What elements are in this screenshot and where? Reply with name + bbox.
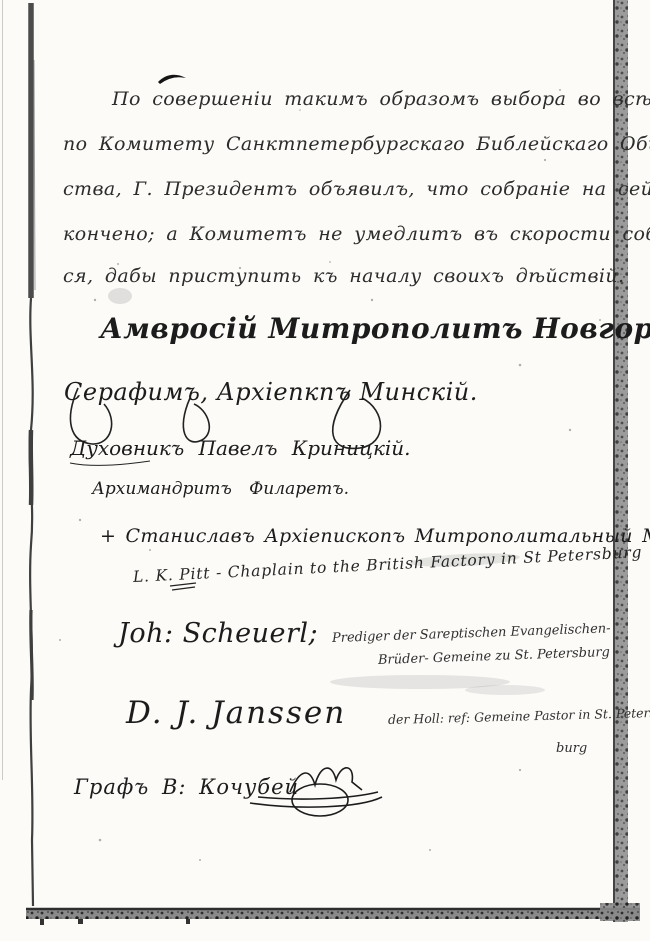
body-text-line-3: ства, Г. Президентъ объявилъ, что собран… [63, 180, 650, 199]
signature-kochubey-count: Графъ В: Кочубей [74, 777, 299, 798]
signature-pavel-krinitsky: Духовникъ Павелъ Криницкій. [70, 438, 411, 458]
body-text-line-5: ся, дабы приступить къ началу своихъ дѣй… [63, 267, 624, 286]
scan-specks [59, 89, 601, 861]
body-text-line-2: по Комитету Санктпетербургскаго Библейск… [63, 135, 650, 154]
scanned-document-page: По совершеніи такимъ образомъ выбора во … [0, 0, 650, 941]
signature-scheuerl-title-line1: Prediger der Sareptischen Evangelischen- [332, 622, 611, 645]
pavel-underline [70, 461, 150, 465]
signature-seraphim-archbishop: Серафимъ, Архіепкпъ Минскій. [64, 380, 478, 404]
body-text-line-1: По совершеніи такимъ образомъ выбора во … [112, 90, 650, 109]
signature-janssen-title-line2: burg [556, 742, 587, 755]
pitt-underline [170, 583, 196, 590]
signature-scheuerl-name: Joh: Scheuerl; [118, 620, 318, 647]
signature-stanislav-archbishop: + Станиславъ Архіепископъ Митрополитальн… [100, 527, 650, 546]
signature-filaret-archimandrite: Архимандритъ Филаретъ. [92, 481, 349, 498]
page-edge-bottom [26, 909, 640, 919]
signature-pitt-chaplain: L. K. Pitt - Chaplain to the British Fac… [133, 545, 643, 585]
signature-scheuerl-title-line2: Brüder- Gemeine zu St. Petersburg [378, 646, 610, 667]
scanner-edge-left [2, 0, 3, 780]
gutter-line-lower [30, 298, 33, 906]
signature-ambrose-metropolitan: Амвросій Митрополитъ Новгородскій. [100, 315, 650, 343]
body-text-line-4: кончено; а Комитетъ не умедлитъ въ скоро… [63, 225, 650, 244]
ink-blot [158, 75, 186, 84]
signature-janssen-title-line1: der Holl: ref: Gemeine Pastor in St. Pet… [388, 707, 650, 727]
signature-janssen-name: D. J. Janssen [126, 698, 346, 729]
